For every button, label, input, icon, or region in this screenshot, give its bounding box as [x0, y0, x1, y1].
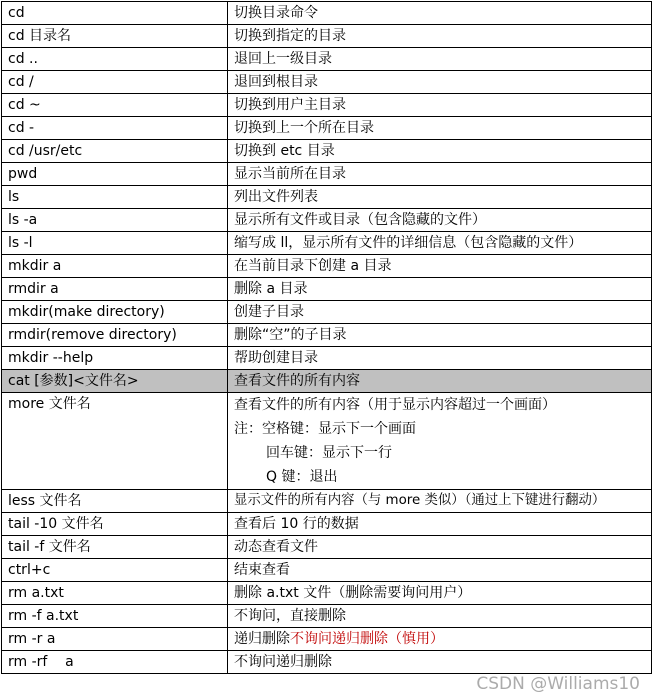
command-cell: ls [2, 186, 228, 209]
command-cell: ls -l [2, 232, 228, 255]
table-row: mkdir(make directory)创建子目录 [2, 301, 652, 324]
table-row: rmdir a删除 a 目录 [2, 278, 652, 301]
description-cell: 查看文件的所有内容 [228, 370, 652, 393]
command-cell: rm -r a [2, 628, 228, 651]
table-row: ls列出文件列表 [2, 186, 652, 209]
table-row: cd ..退回上一级目录 [2, 48, 652, 71]
description-line: 回车键：显示下一行 [234, 441, 645, 465]
table-row: rmdir(remove directory)删除“空”的子目录 [2, 324, 652, 347]
command-cell: cd 目录名 [2, 25, 228, 48]
description-cell: 切换目录命令 [228, 2, 652, 25]
command-cell: rmdir(remove directory) [2, 324, 228, 347]
command-cell: ls -a [2, 209, 228, 232]
table-row: mkdir --help帮助创建目录 [2, 347, 652, 370]
command-cell: cd .. [2, 48, 228, 71]
command-cell: mkdir a [2, 255, 228, 278]
command-cell: cd ~ [2, 94, 228, 117]
description-cell: 删除 a 目录 [228, 278, 652, 301]
description-cell: 删除“空”的子目录 [228, 324, 652, 347]
command-cell: rm -rf a [2, 651, 228, 674]
table-row: rm -rf a不询问递归删除 [2, 651, 652, 674]
command-cell: mkdir(make directory) [2, 301, 228, 324]
table-row: ls -l缩写成 ll，显示所有文件的详细信息（包含隐藏的文件） [2, 232, 652, 255]
command-table: cd切换目录命令 cd 目录名切换到指定的目录 cd ..退回上一级目录 cd … [1, 1, 652, 674]
command-cell: mkdir --help [2, 347, 228, 370]
table-row: cd /退回到根目录 [2, 71, 652, 94]
table-row: ls -a显示所有文件或目录（包含隐藏的文件） [2, 209, 652, 232]
description-cell: 切换到 etc 目录 [228, 140, 652, 163]
table-row-highlighted: cat [参数]<文件名>查看文件的所有内容 [2, 370, 652, 393]
description-text: 递归删除 [234, 631, 290, 647]
description-cell: 切换到指定的目录 [228, 25, 652, 48]
description-cell: 缩写成 ll，显示所有文件的详细信息（包含隐藏的文件） [228, 232, 652, 255]
table-row: cd /usr/etc切换到 etc 目录 [2, 140, 652, 163]
description-cell: 切换到上一个所在目录 [228, 117, 652, 140]
description-cell: 显示当前所在目录 [228, 163, 652, 186]
table-row: cd 目录名切换到指定的目录 [2, 25, 652, 48]
command-cell: more 文件名 [2, 393, 228, 490]
table-row: cd -切换到上一个所在目录 [2, 117, 652, 140]
command-cell: cd - [2, 117, 228, 140]
table-row-multiline: more 文件名 查看文件的所有内容（用于显示内容超过一个画面） 注：空格键：显… [2, 393, 652, 490]
command-cell: tail -f 文件名 [2, 536, 228, 559]
table-row: pwd显示当前所在目录 [2, 163, 652, 186]
description-cell: 查看后 10 行的数据 [228, 513, 652, 536]
table-row: rm -f a.txt不询问，直接删除 [2, 605, 652, 628]
description-cell: 删除 a.txt 文件（删除需要询问用户） [228, 582, 652, 605]
warning-text: 不询问递归删除（慎用） [290, 631, 444, 647]
description-cell: 列出文件列表 [228, 186, 652, 209]
description-line: 查看文件的所有内容（用于显示内容超过一个画面） [234, 393, 645, 417]
watermark: CSDN @Williams10 [476, 674, 640, 694]
description-cell: 创建子目录 [228, 301, 652, 324]
command-cell: rmdir a [2, 278, 228, 301]
table-row: rm a.txt删除 a.txt 文件（删除需要询问用户） [2, 582, 652, 605]
description-cell: 递归删除不询问递归删除（慎用） [228, 628, 652, 651]
description-cell: 动态查看文件 [228, 536, 652, 559]
command-cell: rm -f a.txt [2, 605, 228, 628]
command-cell: ctrl+c [2, 559, 228, 582]
table-row: cd切换目录命令 [2, 2, 652, 25]
description-cell: 显示文件的所有内容（与 more 类似）（通过上下键进行翻动） [228, 490, 652, 513]
table-row: rm -r a 递归删除不询问递归删除（慎用） [2, 628, 652, 651]
description-cell: 查看文件的所有内容（用于显示内容超过一个画面） 注：空格键：显示下一个画面 回车… [228, 393, 652, 490]
table-row: less 文件名显示文件的所有内容（与 more 类似）（通过上下键进行翻动） [2, 490, 652, 513]
table-row: tail -f 文件名动态查看文件 [2, 536, 652, 559]
command-cell: less 文件名 [2, 490, 228, 513]
description-cell: 在当前目录下创建 a 目录 [228, 255, 652, 278]
command-cell: tail -10 文件名 [2, 513, 228, 536]
description-cell: 退回上一级目录 [228, 48, 652, 71]
description-cell: 不询问，直接删除 [228, 605, 652, 628]
command-cell: cd /usr/etc [2, 140, 228, 163]
command-cell: pwd [2, 163, 228, 186]
table-row: cd ~切换到用户主目录 [2, 94, 652, 117]
description-cell: 退回到根目录 [228, 71, 652, 94]
description-cell: 显示所有文件或目录（包含隐藏的文件） [228, 209, 652, 232]
table-row: mkdir a在当前目录下创建 a 目录 [2, 255, 652, 278]
command-cell: cd [2, 2, 228, 25]
table-row: ctrl+c结束查看 [2, 559, 652, 582]
description-line-note: 注：空格键：显示下一个画面 [234, 417, 645, 441]
description-cell: 不询问递归删除 [228, 651, 652, 674]
description-cell: 帮助创建目录 [228, 347, 652, 370]
command-cell: cd / [2, 71, 228, 94]
command-cell: cat [参数]<文件名> [2, 370, 228, 393]
table-row: tail -10 文件名查看后 10 行的数据 [2, 513, 652, 536]
description-cell: 结束查看 [228, 559, 652, 582]
description-line: Q 键：退出 [234, 465, 645, 489]
description-cell: 切换到用户主目录 [228, 94, 652, 117]
command-cell: rm a.txt [2, 582, 228, 605]
